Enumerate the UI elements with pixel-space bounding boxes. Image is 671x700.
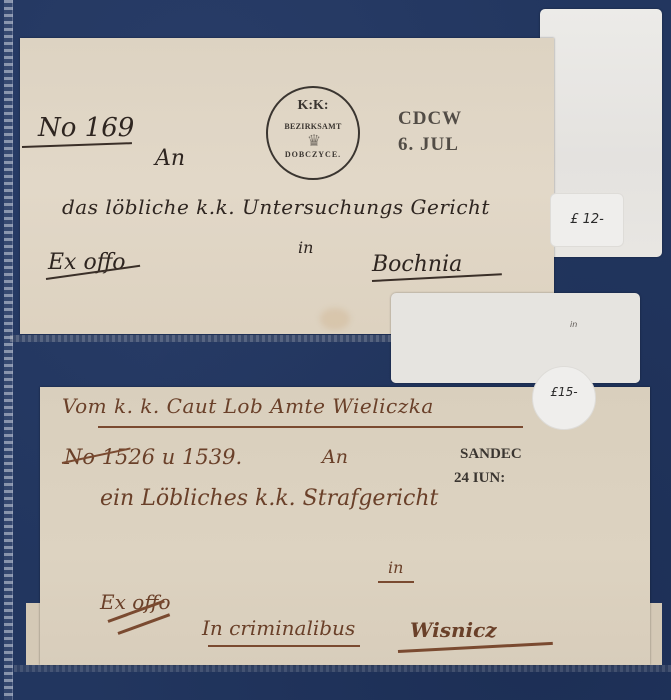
price-tag-bottom: £15-	[532, 366, 596, 430]
postmark-town-bottom: SANDEC	[460, 446, 522, 463]
in-word-bottom: in	[388, 558, 403, 577]
postmark-town: CDCW	[398, 108, 462, 130]
sender-line: Vom k. k. Caut Lob Amte Wieliczka	[62, 394, 434, 418]
destination: Bochnia	[372, 252, 462, 277]
sleeve-strip-bottom	[14, 665, 671, 672]
salutation: An	[155, 146, 185, 171]
destination-bottom: Wisnicz	[410, 618, 497, 642]
sleeve-strip	[10, 335, 392, 342]
postmark-date-bottom: 24 IUN:	[454, 470, 505, 487]
stamp-kk: K:K:	[268, 98, 358, 114]
faint-note: in	[570, 320, 577, 329]
subject-line: In criminalibus	[202, 616, 355, 640]
in-word: in	[298, 238, 313, 257]
salutation-bottom: An	[322, 446, 348, 468]
address-line: das löbliche k.k. Untersuchungs Gericht	[62, 195, 490, 219]
sender-wavy-underline	[98, 426, 523, 428]
price-tag-top: £ 12-	[550, 193, 624, 247]
sleeve-edge	[4, 0, 13, 700]
foxing-stain	[320, 308, 350, 330]
address-line-bottom: ein Löbliches k.k. Strafgericht	[100, 486, 438, 511]
stamp-office: BEZIRKSAMT	[268, 122, 358, 131]
postmark-date: 6. JUL	[398, 134, 459, 156]
docket-number: No 169	[38, 113, 134, 143]
letter-cover-top	[20, 38, 554, 334]
stamp-town: DOBCZYCE.	[268, 150, 358, 159]
in-underline	[378, 581, 414, 583]
bezirksamt-circular-stamp: K:K: BEZIRKSAMT ♛ DOBCZYCE.	[266, 86, 360, 180]
eagle-crest-icon: ♛	[306, 132, 322, 152]
subject-underline	[208, 645, 360, 647]
dealer-label-middle-overlap	[391, 350, 640, 383]
